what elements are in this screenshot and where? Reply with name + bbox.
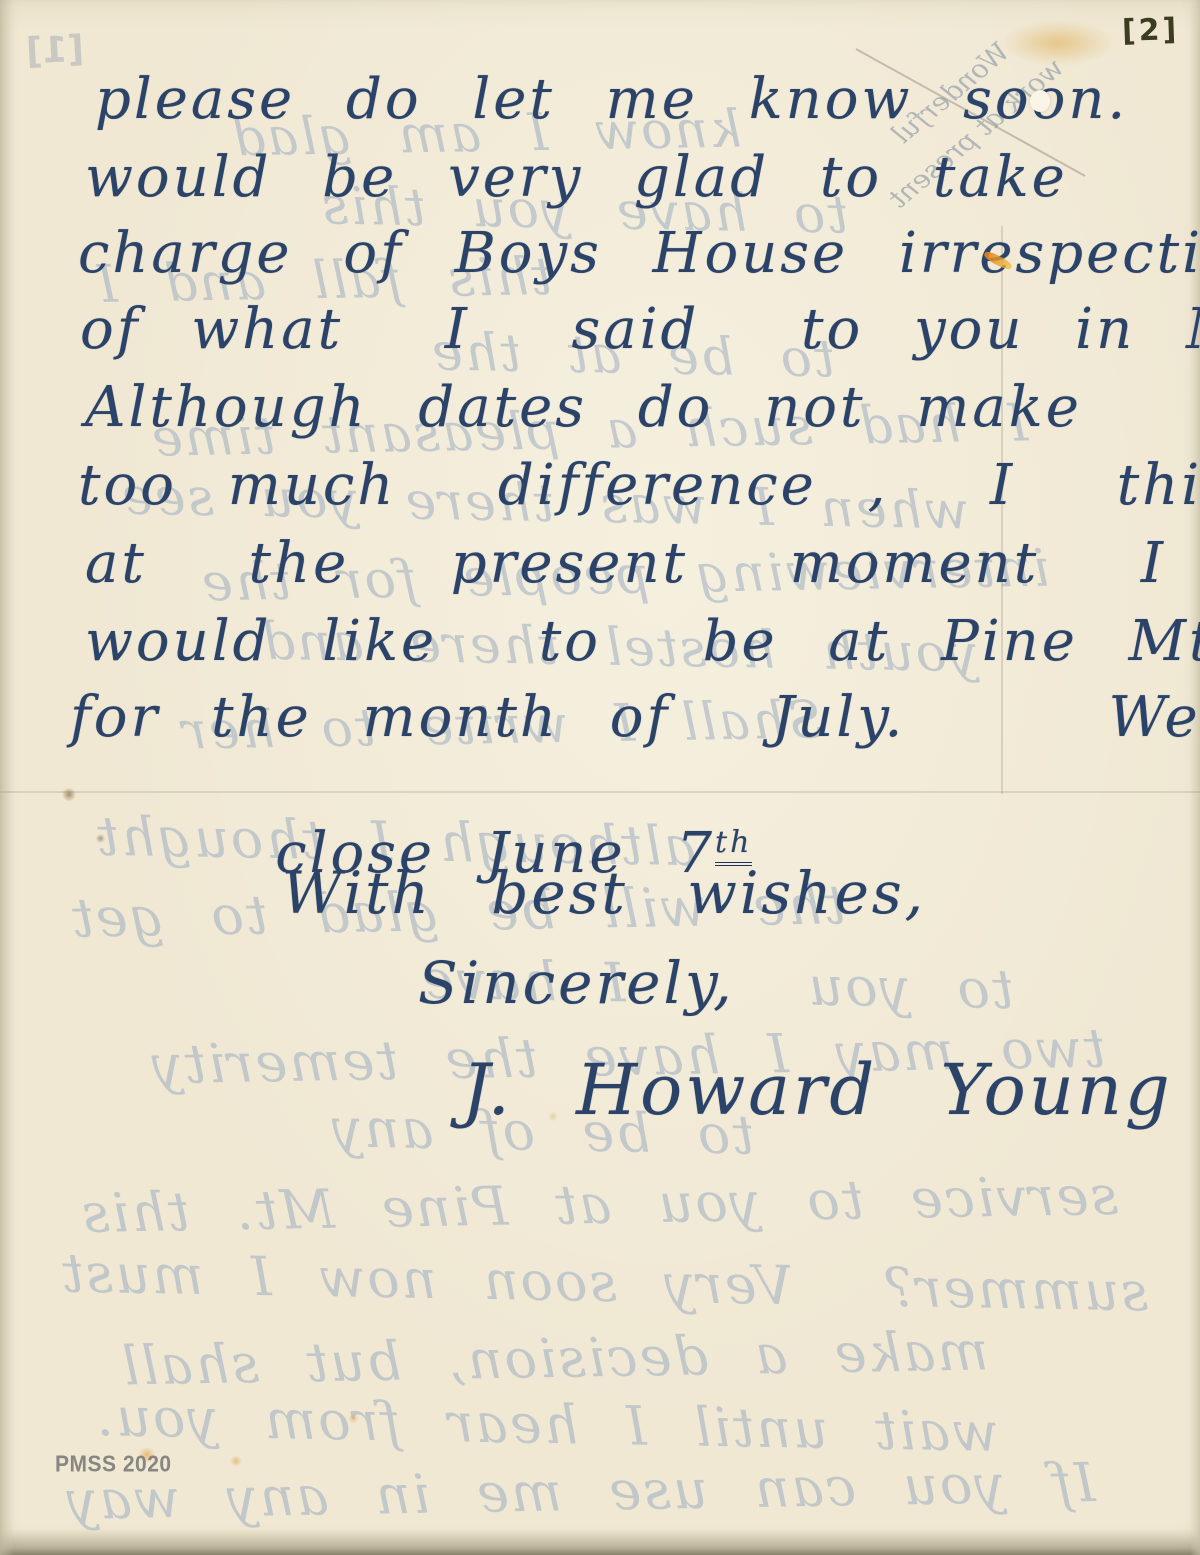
bleed-through-line: If you can use me in any way — [65, 1456, 1096, 1528]
letter-line: too much difference , I think — [78, 458, 1200, 514]
letter-page: know I am glad to have you this this fal… — [0, 0, 1200, 1555]
letter-line: would like to be at Pine Mt. — [85, 614, 1200, 670]
archive-watermark: PMSS 2020 — [55, 1452, 172, 1478]
verso-page-number-bleed: [1] — [25, 29, 85, 73]
stain — [62, 788, 76, 801]
bleed-through-line: wait until I hear from you. — [95, 1390, 999, 1460]
letter-line: Although dates do not make — [85, 380, 1082, 436]
stain — [230, 1456, 242, 1466]
letter-line: at the present moment I — [85, 536, 1166, 592]
letter-signoff: Sincerely, — [418, 954, 735, 1012]
bleed-through-line: summer? Very soon now I must — [60, 1247, 1149, 1320]
letter-line: would be very glad to take — [85, 150, 1068, 206]
stain — [348, 1414, 359, 1423]
bleed-through-line: service to you at Pine Mt. this — [80, 1169, 1119, 1241]
page-number-label: [2] — [1121, 12, 1179, 49]
signature: J. Howard Young — [462, 1055, 1173, 1125]
stain — [1002, 20, 1114, 66]
letter-line: charge of Boys House irrespective — [78, 226, 1200, 282]
paper-chip — [1030, 90, 1050, 112]
stain — [96, 834, 105, 843]
bleed-through-line: make a decision, but shall — [120, 1324, 989, 1393]
stain — [548, 1112, 558, 1121]
letter-closing: With best wishes, — [282, 864, 926, 922]
letter-line: of what I said to you in March. — [80, 302, 1200, 358]
letter-line: for the month of July. We — [70, 690, 1200, 746]
